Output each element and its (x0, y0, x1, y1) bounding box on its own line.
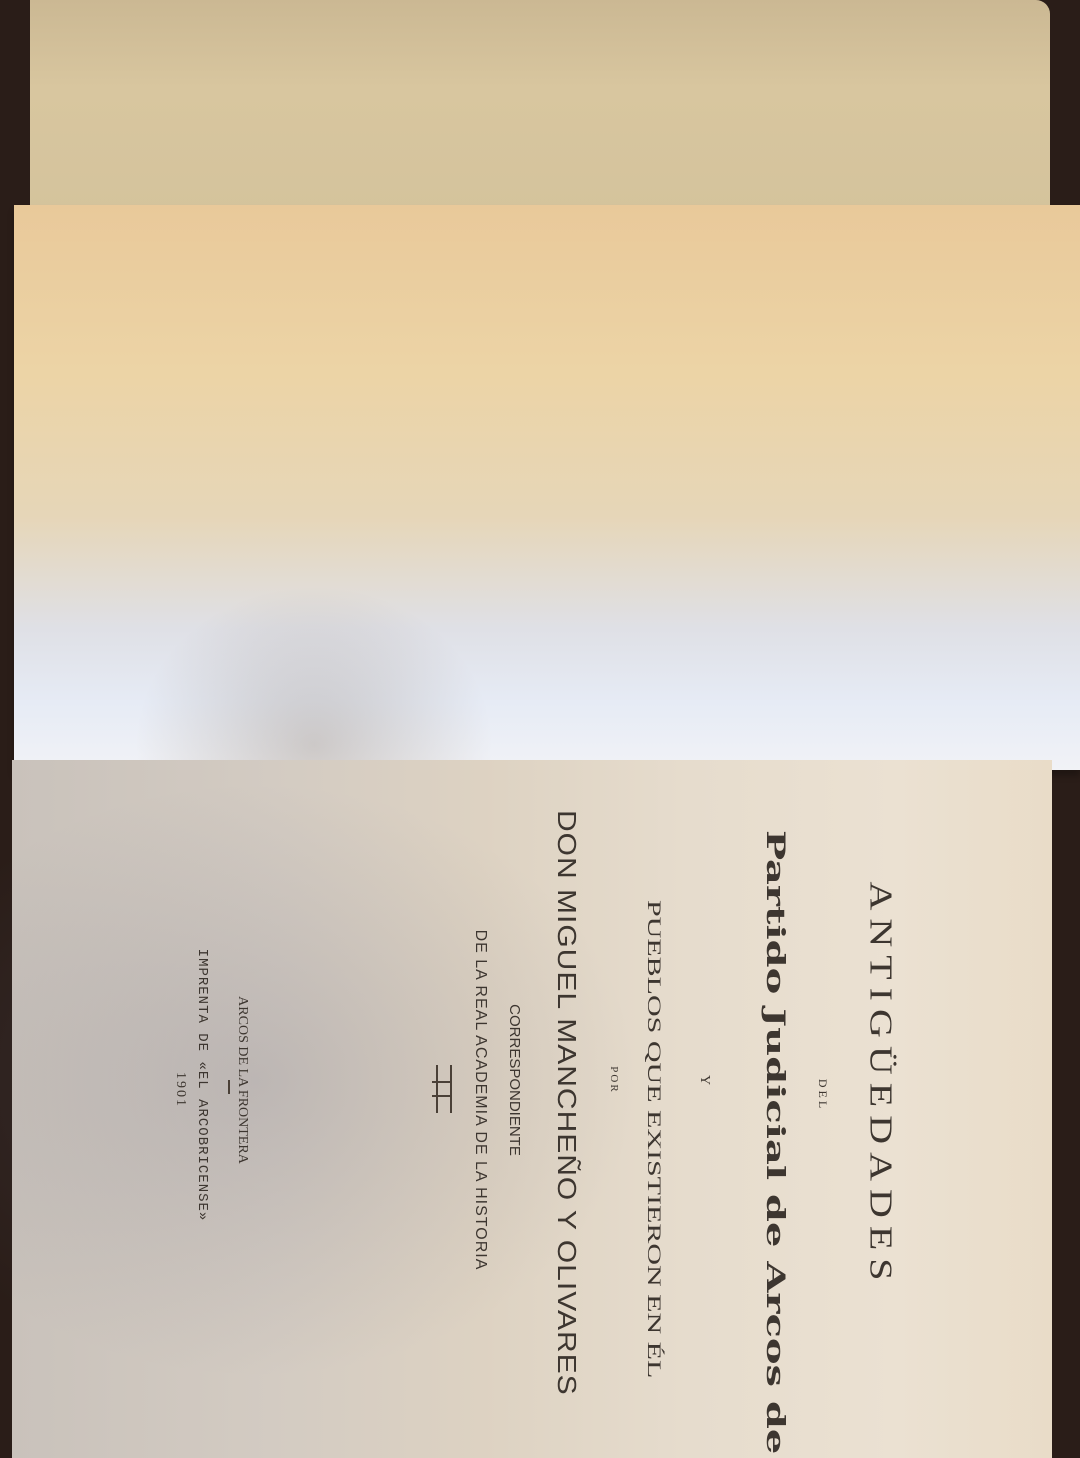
author-institution: DE LA REAL ACADEMIA DE LA HISTORIA (471, 890, 489, 1310)
ornament-divider (436, 1065, 452, 1113)
folded-flyleaf (14, 205, 1080, 770)
title-main: ANTIGÜEDADES (862, 865, 900, 1305)
author-name: DON MIGUEL MANCHEÑO Y OLIVARES (551, 810, 580, 1370)
back-sheet (30, 0, 1050, 220)
imprint-year: 1901 (172, 1060, 188, 1120)
imprint-place: ARCOS DE LA FRONTERA (234, 950, 250, 1210)
imprint-printer: IMPRENTA DE «EL ARCOBRICENSE» (194, 890, 210, 1280)
title-connector: DEL (815, 1055, 830, 1135)
by-label: POR (608, 1050, 620, 1110)
subtitle: PUEBLOS QUE EXISTIERON EN ÉL (643, 900, 664, 1260)
imprint-rule (228, 1080, 230, 1094)
conjunction: Y (696, 1060, 712, 1100)
author-role: CORRESPONDIENTE (506, 980, 523, 1180)
title-gothic: Partido Judicial de Arcos de la Frontera (761, 830, 790, 1350)
